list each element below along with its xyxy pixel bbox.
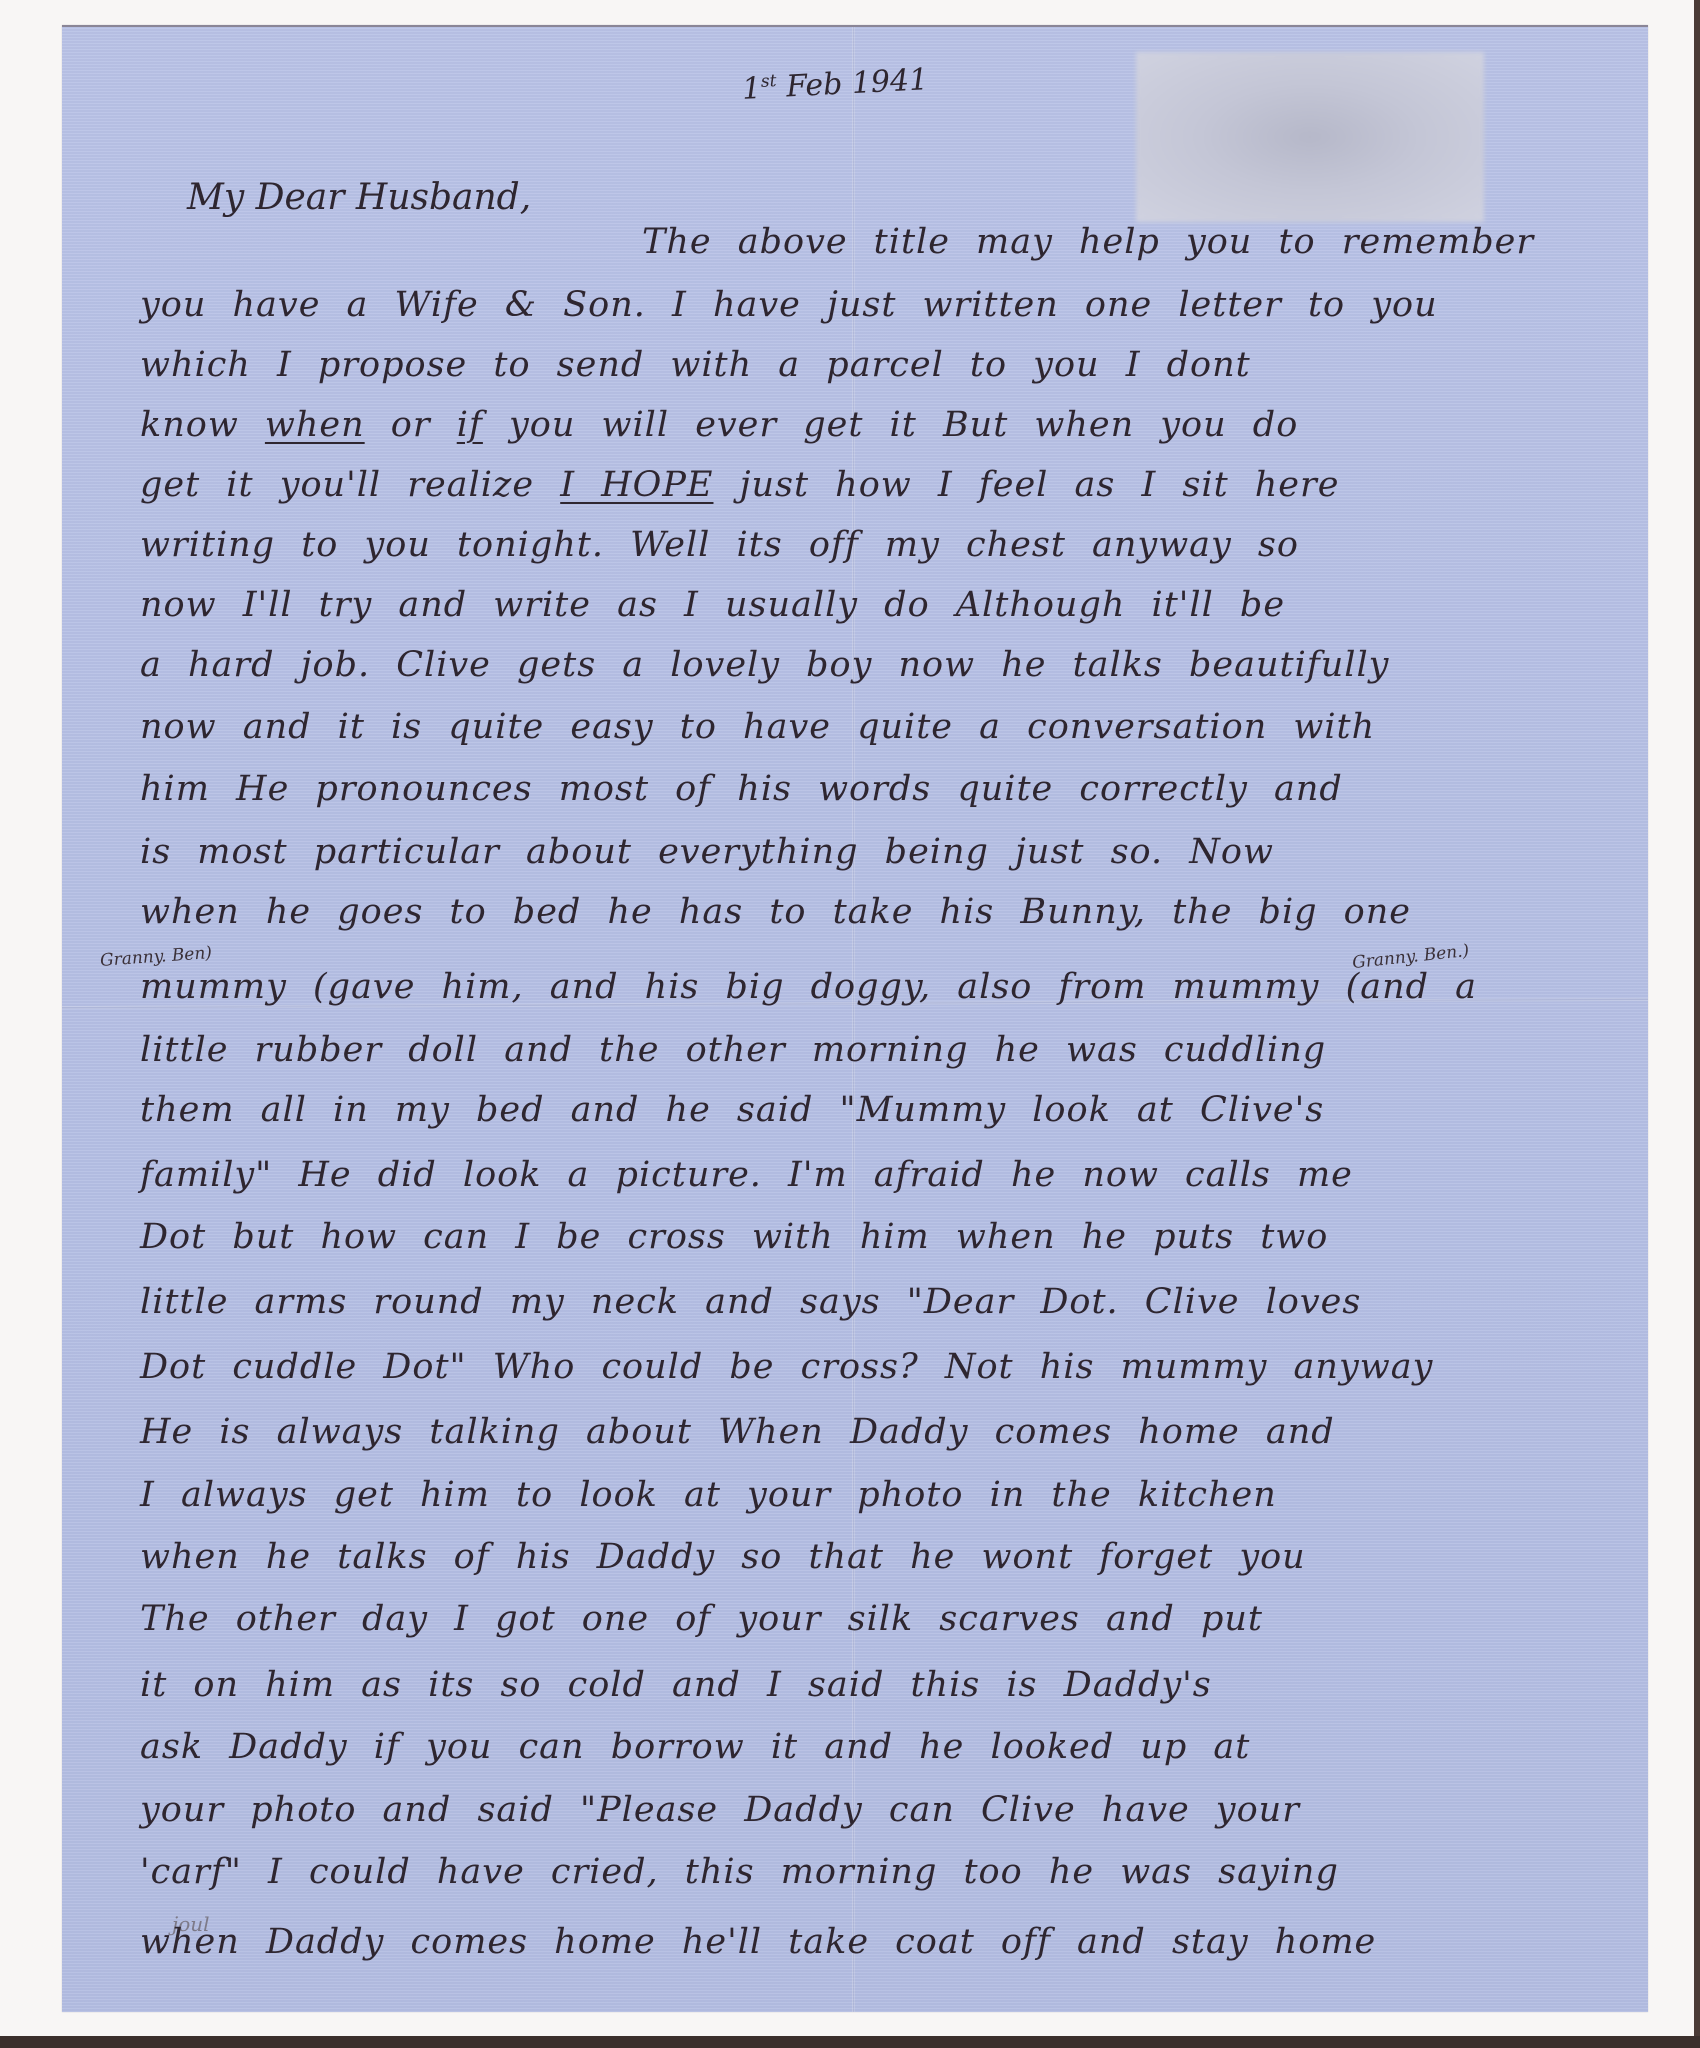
redacted-region — [1136, 52, 1484, 222]
line-5-text-a: get it you'll realize — [140, 465, 560, 505]
letter-line-13: mummy (gave him, and his big doggy, also… — [140, 967, 1477, 1007]
salutation: My Dear Husband, — [187, 177, 531, 218]
letter-line-26: your photo and said "Please Daddy can Cl… — [140, 1790, 1300, 1830]
letter-line-21: I always get him to look at your photo i… — [140, 1475, 1277, 1515]
letter-line-8: a hard job. Clive gets a lovely boy now … — [140, 645, 1389, 685]
letter-line-16: family" He did look a picture. I'm afrai… — [140, 1155, 1353, 1195]
letter-line-19: Dot cuddle Dot" Who could be cross? Not … — [140, 1347, 1433, 1387]
date-ordinal: st — [760, 71, 777, 92]
date-day: 1 — [741, 71, 762, 107]
letter-paper: 1st Feb 1941 My Dear Husband, The above … — [62, 25, 1648, 2012]
letter-line-2: you have a Wife & Son. I have just writt… — [140, 285, 1438, 325]
underlined-word-if: if — [457, 405, 483, 445]
letter-line-1: The above title may help you to remember — [642, 222, 1534, 262]
letter-line-20: He is always talking about When Daddy co… — [140, 1412, 1335, 1452]
line-5-text-b: just how I feel as I sit here — [713, 465, 1339, 505]
underlined-i-hope: I HOPE — [560, 465, 713, 505]
letter-line-25: ask Daddy if you can borrow it and he lo… — [140, 1727, 1250, 1767]
date-month-year: Feb 1941 — [785, 62, 929, 104]
letter-line-7: now I'll try and write as I usually do A… — [140, 585, 1285, 625]
line-4-text-c: you will ever get it But when you do — [483, 405, 1298, 445]
letter-date: 1st Feb 1941 — [741, 62, 929, 107]
letter-line-10: him He pronounces most of his words quit… — [140, 769, 1343, 809]
letter-line-6: writing to you tonight. Well its off my … — [140, 525, 1299, 565]
line-4-text-b: or — [365, 405, 457, 445]
letter-line-17: Dot but how can I be cross with him when… — [140, 1217, 1328, 1257]
letter-line-4: know when or if you will ever get it But… — [140, 405, 1298, 445]
letter-line-22: when he talks of his Daddy so that he wo… — [140, 1537, 1306, 1577]
letter-line-18: little arms round my neck and says "Dear… — [140, 1282, 1361, 1322]
letter-line-3: which I propose to send with a parcel to… — [140, 345, 1251, 385]
letter-line-9: now and it is quite easy to have quite a… — [140, 707, 1375, 747]
underlined-word-when: when — [265, 405, 365, 445]
scan-edge-right — [1694, 0, 1700, 2048]
letter-line-27: 'carf" I could have cried, this morning … — [140, 1852, 1339, 1892]
letter-line-14: little rubber doll and the other morning… — [140, 1030, 1326, 1070]
letter-line-28: when Daddy comes home he'll take coat of… — [140, 1922, 1376, 1962]
line-4-text-a: know — [140, 405, 265, 445]
letter-line-23: The other day I got one of your silk sca… — [140, 1599, 1263, 1639]
scan-edge-bottom — [0, 2036, 1700, 2048]
letter-line-12: when he goes to bed he has to take his B… — [140, 892, 1411, 932]
letter-line-15: them all in my bed and he said "Mummy lo… — [140, 1090, 1324, 1130]
letter-line-11: is most particular about everything bein… — [140, 832, 1274, 872]
letter-line-5: get it you'll realize I HOPE just how I … — [140, 465, 1339, 505]
letter-line-24: it on him as its so cold and I said this… — [140, 1665, 1212, 1705]
